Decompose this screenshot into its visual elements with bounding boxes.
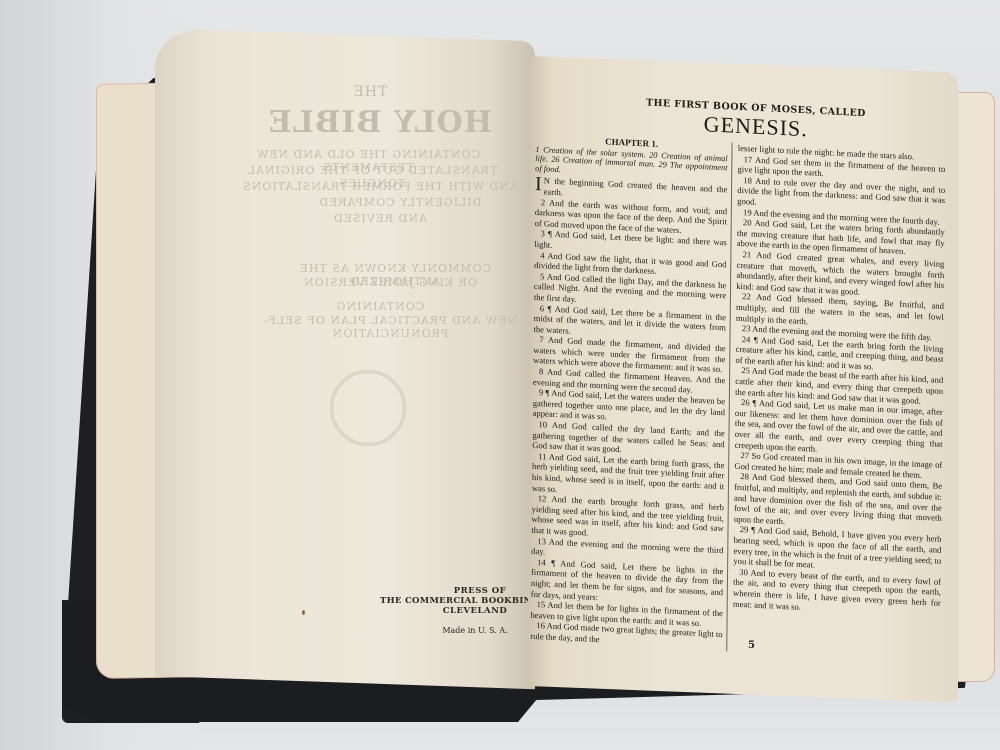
drop-cap: I — [535, 175, 542, 193]
paper-stain — [302, 610, 305, 615]
publisher-seal-icon — [330, 370, 406, 446]
imprint-press: PRESS OF — [420, 586, 540, 596]
show-through-the: THE — [330, 84, 410, 100]
show-through-line: OR KING JAMES VERSION — [270, 276, 510, 289]
genesis-text: THE FIRST BOOK OF MOSES, CALLED GENESIS.… — [530, 92, 946, 661]
text-columns: CHAPTER 1. 1 Creation of the solar syste… — [530, 133, 945, 661]
left-column: CHAPTER 1. 1 Creation of the solar syste… — [530, 133, 733, 651]
imprint-city: CLEVELAND — [410, 606, 540, 616]
imprint-made-in: Made in U. S. A. — [410, 626, 540, 635]
page-number: 5 — [748, 640, 755, 651]
show-through-title: HOLY BIBLE — [250, 105, 510, 140]
printer-imprint: PRESS OF THE COMMERCIAL BOOKBINDING CO C… — [380, 586, 540, 635]
show-through-line: NEW AND PRACTICAL PLAN OF SELF-PRONUNCIA… — [250, 314, 530, 340]
imprint-company: THE COMMERCIAL BOOKBINDING CO — [380, 596, 540, 606]
show-through-line: DILIGENTLY COMPARED — [260, 196, 540, 209]
show-through-line: AND WITH THE FORMER TRANSLATIONS — [240, 180, 520, 193]
show-through-line: AND REVISED — [280, 212, 480, 225]
show-through-line: CONTAINING — [300, 300, 460, 313]
right-column: lesser light to rule the night: he made … — [727, 143, 945, 662]
verse: 30 And to every beast of the earth, and … — [733, 566, 941, 619]
